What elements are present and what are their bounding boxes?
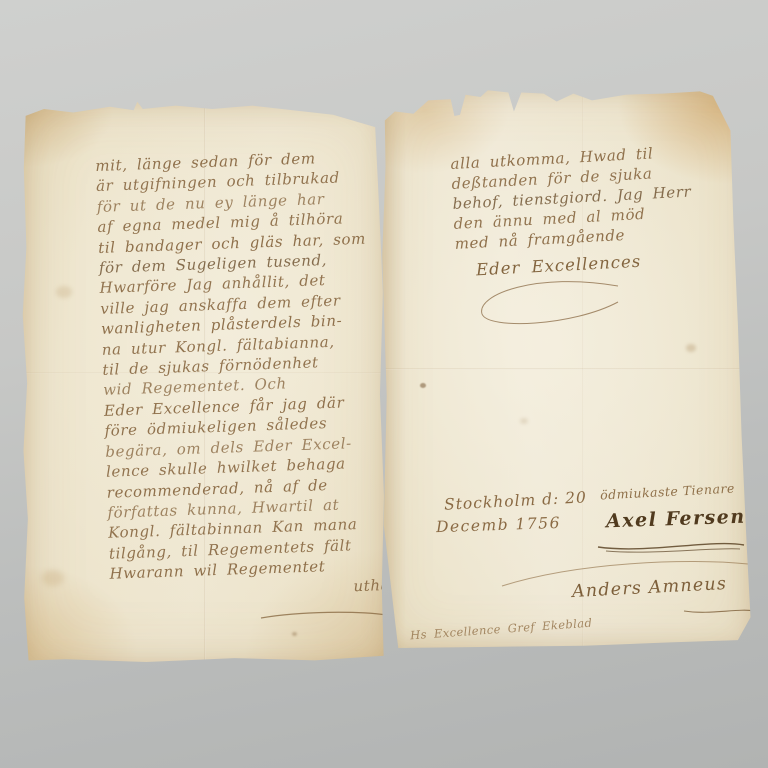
foxing-stain xyxy=(42,570,64,586)
dateline-place: Stockholm d: 20 xyxy=(444,488,588,513)
photo-of-handwritten-letter: mit, länge sedan för dem är utgifningen … xyxy=(0,0,768,768)
foxing-stain xyxy=(292,632,297,636)
foxing-stain xyxy=(56,286,72,298)
ink-flourish-loop xyxy=(468,280,628,330)
foxing-stain xyxy=(686,344,696,352)
handwriting-block-left: mit, länge sedan för dem är utgifningen … xyxy=(95,146,406,605)
signature-underline-flourish xyxy=(682,606,758,616)
fold-crease-horizontal xyxy=(380,368,752,370)
signature-anders-amneus: Anders Amneus xyxy=(572,574,728,602)
signature-axel-fersen: Axel Fersen xyxy=(606,506,746,533)
letter-page-right: alla utkomma, Hwad til deßtanden för de … xyxy=(380,88,752,648)
salutation-eder-excellences: Eder Excellences xyxy=(476,252,642,280)
signature-honorific: ödmiukaste Tienare xyxy=(600,480,735,502)
letter-page-left: mit, länge sedan för dem är utgifningen … xyxy=(22,100,388,666)
signature-underline-flourish xyxy=(592,538,752,556)
foxing-stain xyxy=(420,383,426,388)
ink-flourish-underline xyxy=(257,608,392,622)
dateline-date: Decemb 1756 xyxy=(436,514,562,536)
handwriting-block-right: alla utkomma, Hwad til deßtanden för de … xyxy=(450,139,741,254)
foxing-stain xyxy=(520,418,528,424)
docket-line: Hs Excellence Gref Ekeblad xyxy=(410,616,593,643)
